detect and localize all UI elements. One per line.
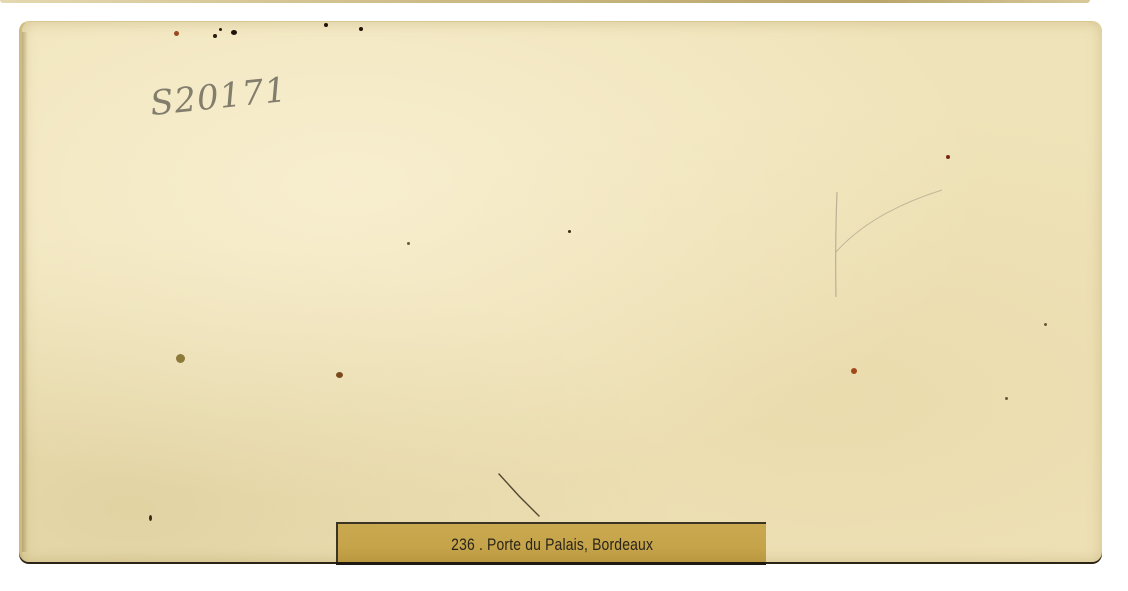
foxing-spot — [324, 23, 328, 27]
caption-text: 236 . Porte du Palais, Bordeaux — [451, 535, 653, 555]
foxing-spot — [946, 155, 950, 159]
card-edge-shadow — [22, 32, 28, 552]
adjacent-card-edge — [0, 0, 1090, 3]
stereograph-card-back: S20171 236 . Porte du Palais, Bordeaux — [19, 21, 1102, 562]
pencil-mark-icon — [832, 182, 952, 302]
foxing-spot — [174, 31, 179, 36]
foxing-spot — [149, 515, 152, 521]
foxing-spot — [176, 354, 185, 363]
foxing-spot — [213, 34, 217, 38]
foxing-spot — [336, 372, 343, 378]
foxing-spot — [1005, 397, 1008, 400]
foxing-spot — [407, 242, 410, 245]
foxing-spot — [219, 28, 222, 31]
caption-label: 236 . Porte du Palais, Bordeaux — [336, 522, 766, 562]
foxing-spot — [851, 368, 857, 374]
foxing-spot — [231, 30, 237, 35]
foxing-spot — [568, 230, 571, 233]
foxing-spot — [359, 27, 363, 31]
handwritten-inventory-number: S20171 — [148, 70, 289, 124]
scratch-mark-icon — [497, 472, 547, 522]
foxing-spot — [1044, 323, 1047, 326]
